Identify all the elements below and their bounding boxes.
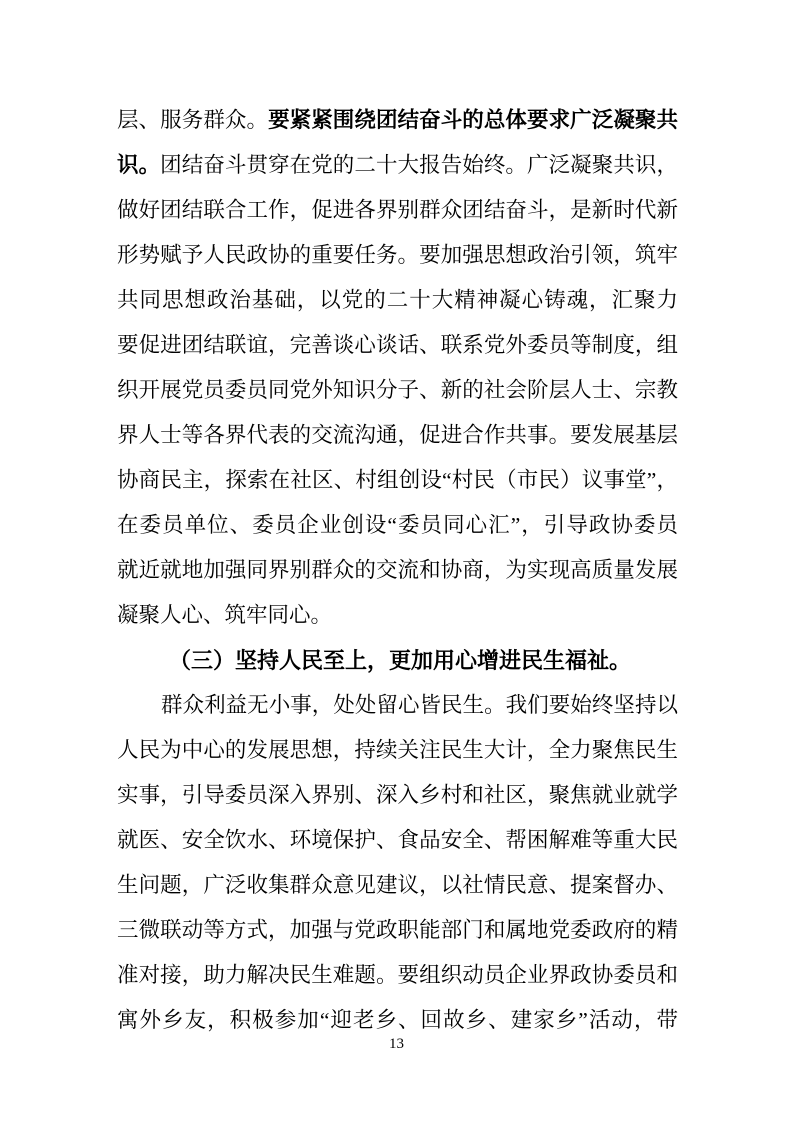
section-heading: （三）坚持人民至上，更加用心增进民生福祉。 <box>117 638 678 683</box>
para1-line-3: 做好团结联合工作，促进各界别群众团结奋斗，是新时代新 <box>117 188 678 233</box>
para1-line-1: 层、服务群众。要紧紧围绕团结奋斗的总体要求广泛凝聚共 <box>117 98 678 143</box>
para1-line-9: 协商民主，探索在社区、村组创设“村民（市民）议事堂”， <box>117 458 678 503</box>
para1-line-7: 织开展党员委员同党外知识分子、新的社会阶层人士、宗教 <box>117 368 678 413</box>
para1-line-2-regular: 团结奋斗贯穿在党的二十大报告始终。广泛凝聚共识， <box>160 153 678 177</box>
para2-line-7: 准对接，助力解决民生难题。要组织动员企业界政协委员和 <box>117 953 678 998</box>
para2-line-3: 实事，引导委员深入界别、深入乡村和社区，聚焦就业就学 <box>117 773 678 818</box>
para2-line-1: 群众利益无小事，处处留心皆民生。我们要始终坚持以 <box>117 683 678 728</box>
para1-line-11: 就近就地加强同界别群众的交流和协商，为实现高质量发展 <box>117 548 678 593</box>
para2-line-6: 三微联动等方式，加强与党政职能部门和属地党委政府的精 <box>117 908 678 953</box>
para1-line-10: 在委员单位、委员企业创设“委员同心汇”，引导政协委员 <box>117 503 678 548</box>
para1-line-1-regular: 层、服务群众。 <box>117 108 268 132</box>
para2-line-2: 人民为中心的发展思想，持续关注民生大计，全力聚焦民生 <box>117 728 678 773</box>
para1-line-2-bold: 识。 <box>117 153 160 177</box>
para1-line-2: 识。团结奋斗贯穿在党的二十大报告始终。广泛凝聚共识， <box>117 143 678 188</box>
para1-line-12: 凝聚人心、筑牢同心。 <box>117 593 678 638</box>
document-page: 层、服务群众。要紧紧围绕团结奋斗的总体要求广泛凝聚共 识。团结奋斗贯穿在党的二十… <box>0 0 793 1122</box>
para1-line-1-bold: 要紧紧围绕团结奋斗的总体要求广泛凝聚共 <box>268 108 678 132</box>
para1-line-4: 形势赋予人民政协的重要任务。要加强思想政治引领，筑牢 <box>117 233 678 278</box>
para2-line-4: 就医、安全饮水、环境保护、食品安全、帮困解难等重大民 <box>117 818 678 863</box>
page-body: 层、服务群众。要紧紧围绕团结奋斗的总体要求广泛凝聚共 识。团结奋斗贯穿在党的二十… <box>117 98 678 1043</box>
para2-line-5: 生问题，广泛收集群众意见建议，以社情民意、提案督办、 <box>117 863 678 908</box>
para1-line-6: 要促进团结联谊，完善谈心谈话、联系党外委员等制度，组 <box>117 323 678 368</box>
para1-line-5: 共同思想政治基础，以党的二十大精神凝心铸魂，汇聚力量。 <box>117 278 678 323</box>
page-number: 13 <box>0 1033 793 1055</box>
para1-line-8: 界人士等各界代表的交流沟通，促进合作共事。要发展基层 <box>117 413 678 458</box>
